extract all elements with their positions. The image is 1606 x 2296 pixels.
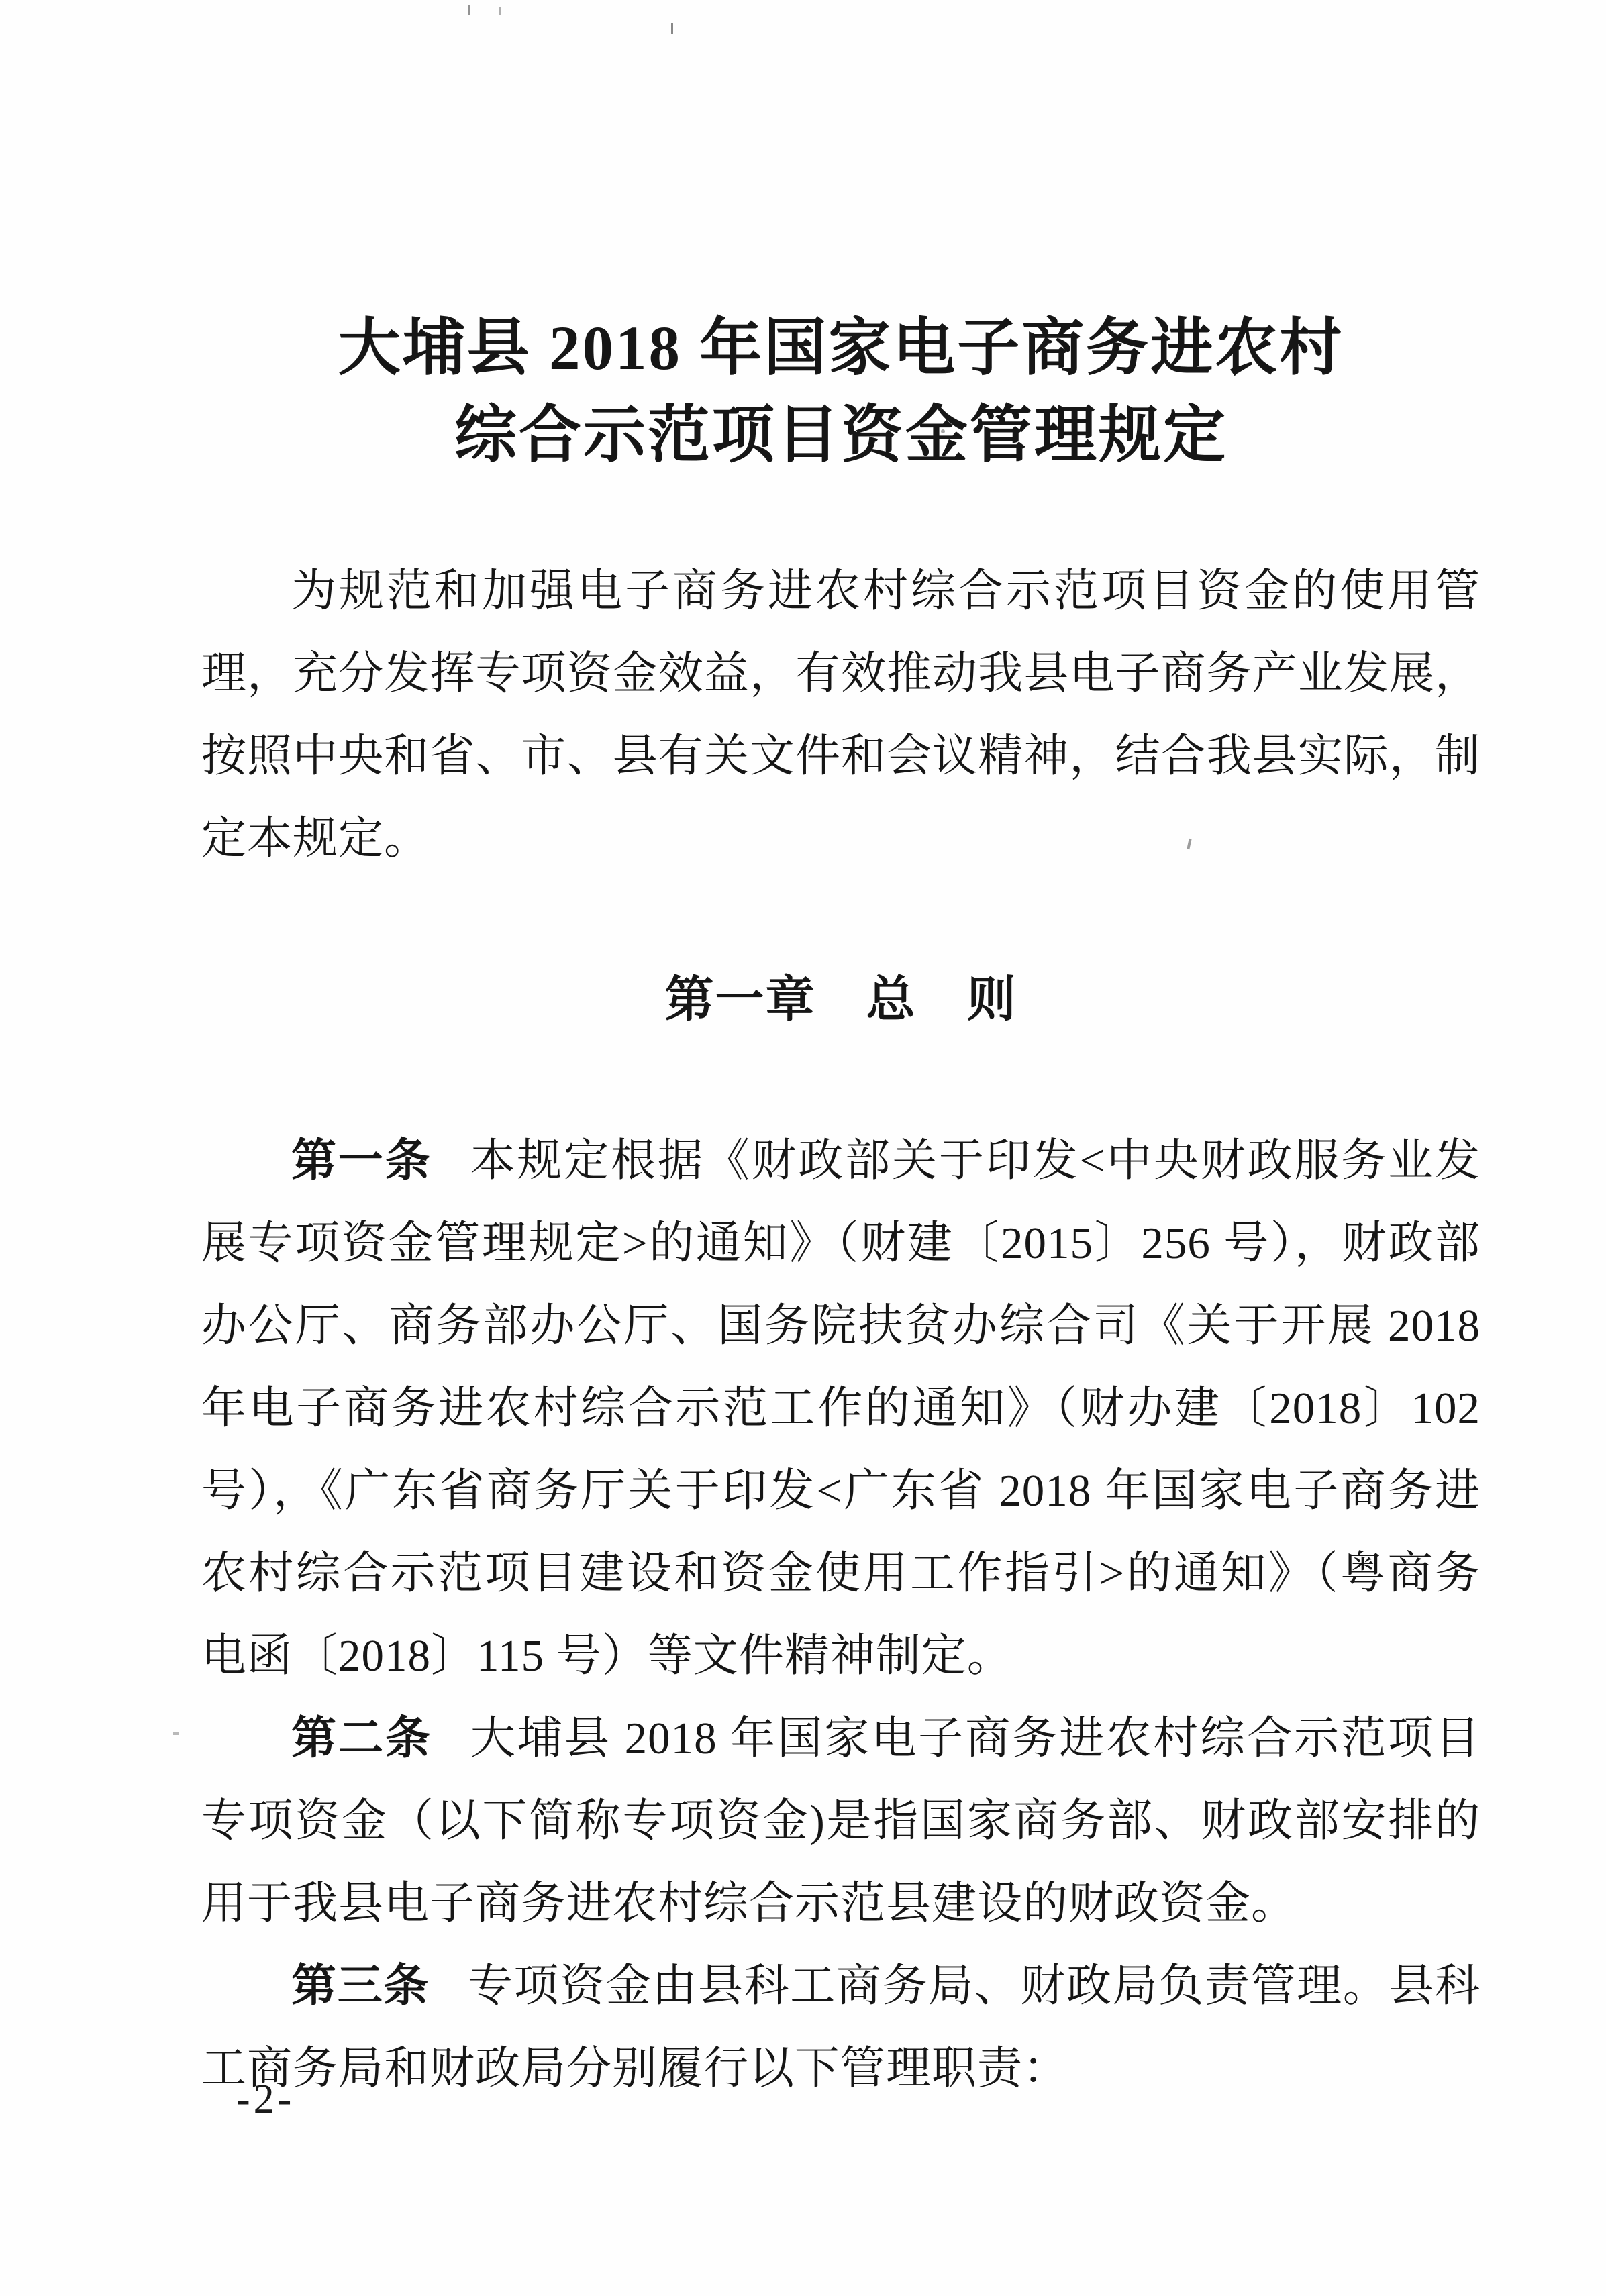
article-1-label: 第一条 — [291, 1136, 432, 1186]
chapter-heading: 第一章 总 则 — [201, 966, 1480, 1033]
scan-speck — [468, 5, 470, 15]
article-3-paragraph: 第三条专项资金由县科工商务局、财政局负责管理。县科工商务局和财政局分别履行以下管… — [201, 1945, 1480, 2110]
scan-speck — [671, 23, 673, 34]
article-3-label: 第三条 — [291, 1961, 430, 2011]
article-2-paragraph: 第二条大埔县 2018 年国家电子商务进农村综合示范项目专项资金（以下简称专项资… — [201, 1698, 1480, 1945]
articles-section: 第一条本规定根据《财政部关于印发<中央财政服务业发展专项资金管理规定>的通知》（… — [201, 1120, 1480, 2110]
scan-speck — [499, 7, 501, 15]
article-2-label: 第二条 — [291, 1714, 432, 1763]
scan-speck — [941, 429, 945, 433]
page-number: -2- — [236, 2079, 295, 2120]
scan-speck — [173, 1732, 179, 1735]
document-title: 大埔县 2018 年国家电子商务进农村 综合示范项目资金管理规定 — [201, 305, 1480, 480]
intro-paragraph: 为规范和加强电子商务进农村综合示范项目资金的使用管理，充分发挥专项资金效益，有效… — [201, 550, 1480, 880]
article-1-paragraph: 第一条本规定根据《财政部关于印发<中央财政服务业发展专项资金管理规定>的通知》（… — [201, 1120, 1480, 1698]
article-1-text: 本规定根据《财政部关于印发<中央财政服务业发展专项资金管理规定>的通知》（财建〔… — [201, 1136, 1480, 1681]
document-title-line-2: 综合示范项目资金管理规定 — [201, 393, 1480, 480]
scanned-document-page: 大埔县 2018 年国家电子商务进农村 综合示范项目资金管理规定 为规范和加强电… — [0, 0, 1606, 2296]
document-title-line-1: 大埔县 2018 年国家电子商务进农村 — [201, 305, 1480, 393]
